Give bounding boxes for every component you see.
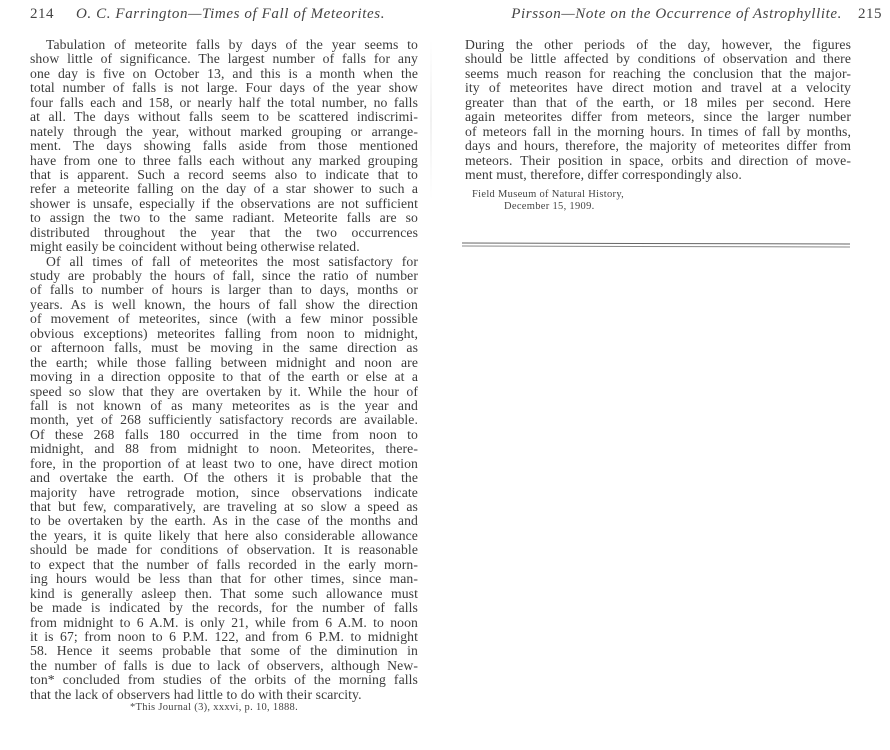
- text-line: refer a meteorite falling on the day of …: [30, 182, 418, 196]
- text-line: to assign the two to the same radiant. M…: [30, 211, 418, 225]
- text-line: ton* concluded from studies of the orbit…: [30, 673, 418, 687]
- gutter-shadow: [430, 40, 432, 200]
- text-line: show little of significance. The largest…: [30, 52, 418, 66]
- text-line: study are probably the hours of fall, si…: [30, 269, 418, 283]
- article-end-double-rule: [462, 243, 850, 248]
- text-line: or afternoon falls, must be moving in th…: [30, 341, 418, 355]
- text-line: During the other periods of the day, how…: [465, 38, 851, 52]
- text-line: obvious exceptions) meteorites falling f…: [30, 327, 418, 341]
- text-line: majority have retrograde motion, since o…: [30, 486, 418, 500]
- text-line: should be little affected by conditions …: [465, 52, 851, 66]
- text-line: speed so slow that they are overtaken by…: [30, 385, 418, 399]
- signature-institution: Field Museum of Natural History,: [472, 189, 624, 201]
- footnote: *This Journal (3), xxxvi, p. 10, 1888.: [130, 702, 298, 713]
- text-line: fall is not known of as many meteorites …: [30, 399, 418, 413]
- text-line: ment. The days showing falls aside from …: [30, 139, 418, 153]
- text-line: meteors. Their position in space, orbits…: [465, 154, 851, 168]
- text-line: shower is unsafe, especially if the obse…: [30, 197, 418, 211]
- text-line: and overtake the earth. Of the others it…: [30, 471, 418, 485]
- text-line: that is apparent. Such a record seems al…: [30, 168, 418, 182]
- page-number: 215: [858, 6, 882, 22]
- text-line: Tabulation of meteorite falls by days of…: [30, 38, 418, 52]
- text-line: it is 67; from noon to 6 P.M. 122, and f…: [30, 630, 418, 644]
- text-line: nately through the year, without marked …: [30, 125, 418, 139]
- running-head-right: Pirsson—Note on the Occurrence of Astrop…: [511, 6, 882, 23]
- text-line: of falls to number of hours is larger th…: [30, 283, 418, 297]
- text-line: to expect that the number of falls recor…: [30, 558, 418, 572]
- text-line: the years, it is quite likely that here …: [30, 529, 418, 543]
- text-line: years. As is well known, the hours of fa…: [30, 298, 418, 312]
- text-line: Of all times of fall of meteorites the m…: [30, 255, 418, 269]
- signature-block: Field Museum of Natural History, Decembe…: [472, 189, 624, 213]
- text-line: have from one to three falls each withou…: [30, 154, 418, 168]
- text-line: fore, in the proportion of at least two …: [30, 457, 418, 471]
- text-line: of meteors fall in the morning hours. In…: [465, 125, 851, 139]
- text-line: of movement of meteorites, since (with a…: [30, 312, 418, 326]
- text-line: one day is five on October 13, and this …: [30, 67, 418, 81]
- text-line: the earth; while those falling between m…: [30, 356, 418, 370]
- text-line: at all. The days without falls seem to b…: [30, 110, 418, 124]
- running-head-left: 214O. C. Farrington—Times of Fall of Met…: [30, 6, 385, 23]
- text-line: might easily be coincident without being…: [30, 240, 418, 254]
- signature-date: December 15, 1909.: [472, 201, 624, 213]
- right-page: Pirsson—Note on the Occurrence of Astrop…: [445, 0, 890, 750]
- text-line: that but few, comparatively, are traveli…: [30, 500, 418, 514]
- text-line: midnight, and 88 from midnight to noon. …: [30, 442, 418, 456]
- text-line: again meteorites differ from meteors, si…: [465, 110, 851, 124]
- text-line: Of these 268 falls 180 occurred in the t…: [30, 428, 418, 442]
- text-line: ing hours would be less than that for ot…: [30, 572, 418, 586]
- text-line: month, yet of 268 sufficiently satisfact…: [30, 413, 418, 427]
- text-line: seems much reason for reaching the concl…: [465, 67, 851, 81]
- left-page: 214O. C. Farrington—Times of Fall of Met…: [0, 0, 445, 750]
- page-number: 214: [30, 6, 54, 22]
- text-line: that the lack of observers had little to…: [30, 688, 418, 702]
- text-line: ment must, therefore, differ correspondi…: [465, 168, 851, 182]
- text-line: total number of falls is not large. Four…: [30, 81, 418, 95]
- running-title: O. C. Farrington—Times of Fall of Meteor…: [76, 6, 385, 22]
- text-line: distributed throughout the year that the…: [30, 226, 418, 240]
- text-line: should be made for conditions of observa…: [30, 543, 418, 557]
- text-line: moving in a direction opposite to that o…: [30, 370, 418, 384]
- text-line: four falls each and 158, or nearly half …: [30, 96, 418, 110]
- text-line: be made is indicated by the records, for…: [30, 601, 418, 615]
- text-line: to be overtaken by the earth. As in the …: [30, 514, 418, 528]
- text-line: from midnight to 6 A.M. is only 21, whil…: [30, 616, 418, 630]
- text-line: the number of falls is due to lack of ob…: [30, 659, 418, 673]
- body-text-right: During the other periods of the day, how…: [465, 38, 851, 182]
- text-line: days and hours, therefore, the majority …: [465, 139, 851, 153]
- text-line: 58. Hence it seems probable that some of…: [30, 644, 418, 658]
- text-line: ity of meteorites have direct motion and…: [465, 81, 851, 95]
- text-line: greater than that of the earth, or 18 mi…: [465, 96, 851, 110]
- running-title: Pirsson—Note on the Occurrence of Astrop…: [511, 6, 842, 22]
- text-line: kind is generally asleep then. That some…: [30, 587, 418, 601]
- body-text-left: Tabulation of meteorite falls by days of…: [30, 38, 418, 702]
